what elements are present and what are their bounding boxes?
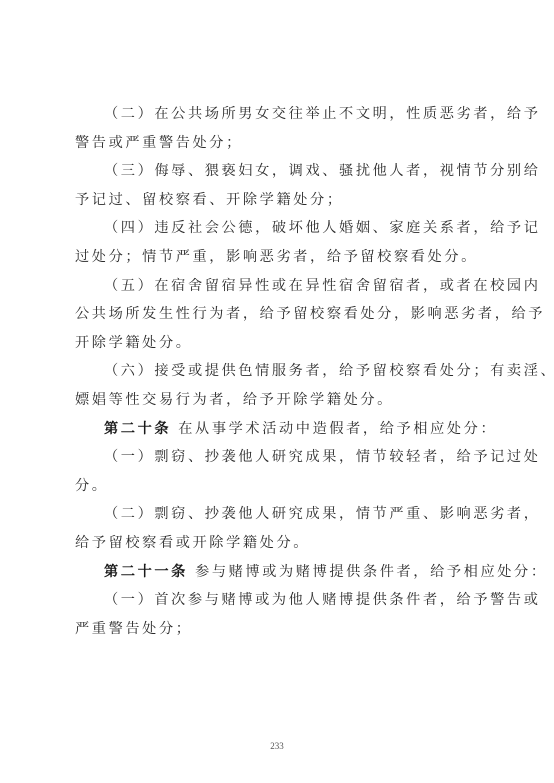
paragraph-line: （二）剽窃、抄袭他人研究成果，情节严重、影响恶劣者， (75, 500, 485, 529)
paragraph-line: （一）首次参与赌博或为他人赌博提供条件者，给予警告或 (75, 586, 485, 615)
article-heading-line: 第二十条 在从事学术活动中造假者，给予相应处分： (75, 415, 485, 444)
article-text: 在从事学术活动中造假者，给予相应处分： (171, 421, 497, 437)
article-number-21: 第二十一条 (104, 564, 188, 580)
paragraph-line: （一）剽窃、抄袭他人研究成果，情节较轻者，给予记过处 (75, 443, 485, 472)
paragraph-line: 公共场所发生性行为者，给予留校察看处分，影响恶劣者，给予 (75, 300, 485, 329)
paragraph-line: 警告或严重警告处分； (75, 129, 485, 158)
article-heading-line: 第二十一条 参与赌博或为赌博提供条件者，给予相应处分： (75, 558, 485, 587)
paragraph-line: （二）在公共场所男女交往举止不文明，性质恶劣者，给予 (75, 100, 485, 129)
document-page: （二）在公共场所男女交往举止不文明，性质恶劣者，给予 警告或严重警告处分； （三… (0, 0, 554, 783)
page-number: 233 (0, 741, 554, 751)
paragraph-line: （五）在宿舍留宿异性或在异性宿舍留宿者，或者在校园内 (75, 272, 485, 301)
paragraph-line: 分。 (75, 472, 485, 501)
paragraph-line: （六）接受或提供色情服务者，给予留校察看处分；有卖淫、 (75, 357, 485, 386)
paragraph-line: 给予留校察看或开除学籍处分。 (75, 529, 485, 558)
paragraph-line: 严重警告处分； (75, 615, 485, 644)
paragraph-line: 予记过、留校察看、开除学籍处分； (75, 186, 485, 215)
paragraph-line: （三）侮辱、猥亵妇女，调戏、骚扰他人者，视情节分别给 (75, 157, 485, 186)
article-text: 参与赌博或为赌博提供条件者，给予相应处分： (188, 564, 548, 580)
paragraph-line: 开除学籍处分。 (75, 329, 485, 358)
paragraph-line: 过处分；情节严重，影响恶劣者，给予留校察看处分。 (75, 243, 485, 272)
article-number-20: 第二十条 (104, 421, 171, 437)
paragraph-line: （四）违反社会公德，破坏他人婚姻、家庭关系者，给予记 (75, 214, 485, 243)
document-body: （二）在公共场所男女交往举止不文明，性质恶劣者，给予 警告或严重警告处分； （三… (75, 100, 485, 643)
paragraph-line: 嫖娼等性交易行为者，给予开除学籍处分。 (75, 386, 485, 415)
